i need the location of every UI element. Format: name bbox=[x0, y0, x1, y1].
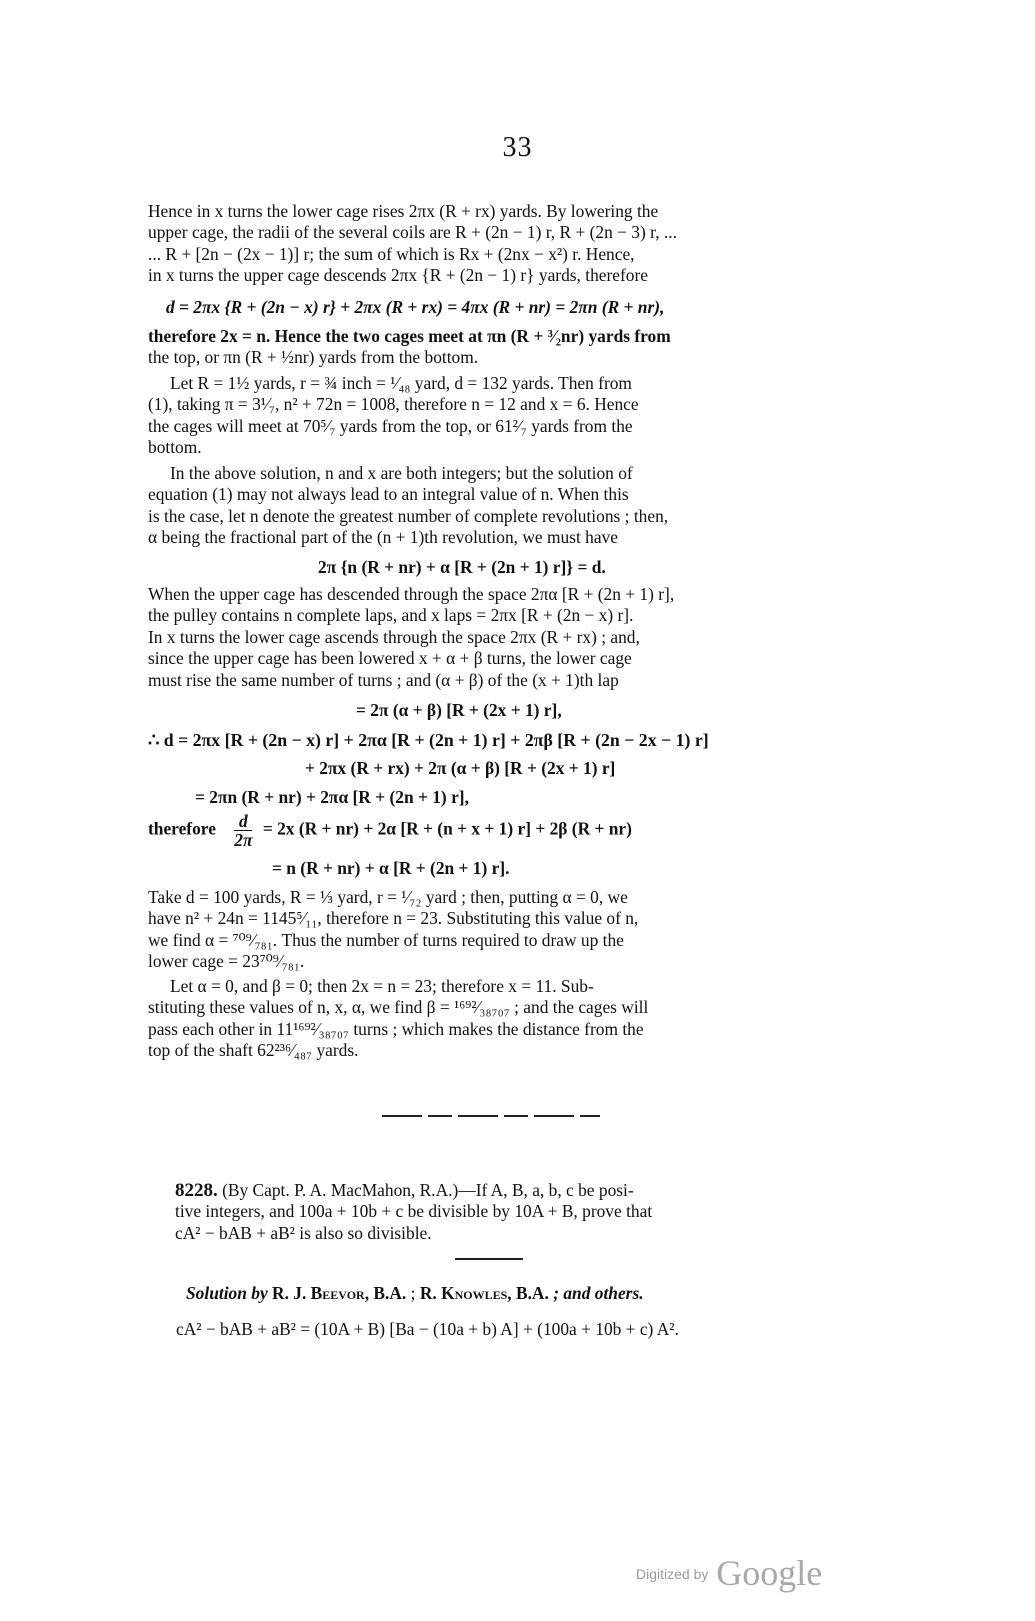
text-line: In x turns the lower cage ascends throug… bbox=[148, 627, 833, 648]
question-number: 8228. bbox=[175, 1180, 218, 1201]
text-line: since the upper cage has been lowered x … bbox=[148, 648, 833, 669]
question-8228: 8228. (By Capt. P. A. MacMahon, R.A.)—If… bbox=[175, 1180, 830, 1244]
page-number: 33 bbox=[0, 132, 1035, 164]
solution-by-label: Solution by bbox=[186, 1283, 268, 1303]
text-line: lower cage = 23⁷⁰⁹⁄₇₈₁. bbox=[148, 951, 833, 972]
text-line: Let R = 1½ yards, r = ¾ inch = ¹⁄₄₈ yard… bbox=[148, 373, 833, 394]
text-line: must rise the same number of turns ; and… bbox=[148, 670, 833, 691]
equation-lap: = 2π (α + β) [R + (2x + 1) r], bbox=[356, 699, 562, 721]
text-line: pass each other in 11¹⁶⁹²⁄₃₈₇₀₇ turns ; … bbox=[148, 1019, 833, 1040]
text-line: upper cage, the radii of the several coi… bbox=[148, 222, 833, 243]
text-line: top of the shaft 62²³⁶⁄₄₈₇ yards. bbox=[148, 1040, 833, 1061]
text-line: α being the fractional part of the (n + … bbox=[148, 527, 833, 548]
fraction-d-over-2pi: d 2π bbox=[234, 812, 252, 849]
text-line: we find α = ⁷⁰⁹⁄₇₈₁. Thus the number of … bbox=[148, 930, 833, 951]
equation-n-alpha: = n (R + nr) + α [R + (2n + 1) r]. bbox=[272, 857, 509, 879]
equation-fractional-revolution: 2π {n (R + nr) + α [R + (2n + 1) r]} = d… bbox=[318, 556, 606, 578]
text-line: (1), taking π = 3¹⁄₇, n² + 72n = 1008, t… bbox=[148, 394, 833, 415]
text-line: equation (1) may not always lead to an i… bbox=[148, 484, 833, 505]
solution-byline: Solution by R. J. Beevor, B.A. ; R. Know… bbox=[186, 1282, 644, 1304]
text-line: the pulley contains n complete laps, and… bbox=[148, 605, 833, 626]
paragraph-cages-meet: therefore 2x = n. Hence the two cages me… bbox=[148, 326, 833, 369]
text-line: 8228. (By Capt. P. A. MacMahon, R.A.)—If… bbox=[175, 1180, 830, 1201]
text-line: the top, or πn (R + ½nr) yards from the … bbox=[148, 347, 833, 368]
digitized-by-google-watermark: Digitized by Google bbox=[636, 1552, 822, 1594]
text-line: Take d = 100 yards, R = ⅓ yard, r = ¹⁄₇₂… bbox=[148, 887, 833, 908]
equation-d-sum: d = 2πx {R + (2n − x) r} + 2πx (R + rx) … bbox=[166, 296, 664, 318]
question-text: (By Capt. P. A. MacMahon, R.A.)—If A, B,… bbox=[222, 1180, 634, 1200]
text-line: bottom. bbox=[148, 437, 833, 458]
text-line: cA² − bAB + aB² is also so divisible. bbox=[175, 1223, 830, 1244]
text-line: the cages will meet at 70⁵⁄₇ yards from … bbox=[148, 416, 833, 437]
paragraph-coils: Hence in x turns the lower cage rises 2π… bbox=[148, 201, 833, 287]
equation-rhs: = 2x (R + nr) + 2α [R + (n + x + 1) r] +… bbox=[263, 819, 632, 839]
google-logo: Google bbox=[716, 1553, 822, 1593]
paragraph-take-d-100: Take d = 100 yards, R = ⅓ yard, r = ¹⁄₇₂… bbox=[148, 887, 833, 973]
author-separator: ; bbox=[411, 1283, 416, 1303]
question-divider bbox=[455, 1258, 523, 1260]
equation-d-simplified: = 2πn (R + nr) + 2πα [R + (2n + 1) r], bbox=[195, 786, 469, 808]
and-others-label: ; and others. bbox=[553, 1283, 643, 1303]
paragraph-numeric-example: Let R = 1½ yards, r = ¾ inch = ¹⁄₄₈ yard… bbox=[148, 373, 833, 459]
therefore-label: therefore bbox=[148, 819, 216, 839]
equation-d-expansion-continued: + 2πx (R + rx) + 2π (α + β) [R + (2x + 1… bbox=[305, 757, 615, 779]
watermark-prefix: Digitized by bbox=[636, 1566, 708, 1582]
paragraph-integral-case: In the above solution, n and x are both … bbox=[148, 463, 833, 549]
paragraph-let-alpha-zero: Let α = 0, and β = 0; then 2x = n = 23; … bbox=[148, 976, 833, 1062]
solution-equation: cA² − bAB + aB² = (10A + B) [Ba − (10a +… bbox=[176, 1318, 679, 1340]
text-line: When the upper cage has descended throug… bbox=[148, 584, 833, 605]
paragraph-upper-cage-descended: When the upper cage has descended throug… bbox=[148, 584, 833, 691]
text-line: tive integers, and 100a + 10b + c be div… bbox=[175, 1201, 830, 1222]
text-line: stituting these values of n, x, α, we fi… bbox=[148, 997, 833, 1018]
text-line: Let α = 0, and β = 0; then 2x = n = 23; … bbox=[148, 976, 833, 997]
equation-d-expansion: ∴ d = 2πx [R + (2n − x) r] + 2πα [R + (2… bbox=[148, 729, 709, 751]
text-line: is the case, let n denote the greatest n… bbox=[148, 506, 833, 527]
text-line: Hence in x turns the lower cage rises 2π… bbox=[148, 201, 833, 222]
section-divider bbox=[382, 1115, 600, 1117]
text-line: in x turns the upper cage descends 2πx {… bbox=[148, 265, 833, 286]
text-line: ... R + [2n − (2x − 1)] r; the sum of wh… bbox=[148, 244, 833, 265]
author-knowles: R. Knowles, B.A. bbox=[420, 1283, 549, 1303]
author-beevor: R. J. Beevor, B.A. bbox=[272, 1283, 406, 1303]
text-line: In the above solution, n and x are both … bbox=[148, 463, 833, 484]
equation-d-over-2pi: therefore d 2π = 2x (R + nr) + 2α [R + (… bbox=[148, 812, 632, 849]
text-line: have n² + 24n = 1145⁵⁄₁₁, therefore n = … bbox=[148, 908, 833, 929]
text-line: therefore 2x = n. Hence the two cages me… bbox=[148, 326, 833, 347]
